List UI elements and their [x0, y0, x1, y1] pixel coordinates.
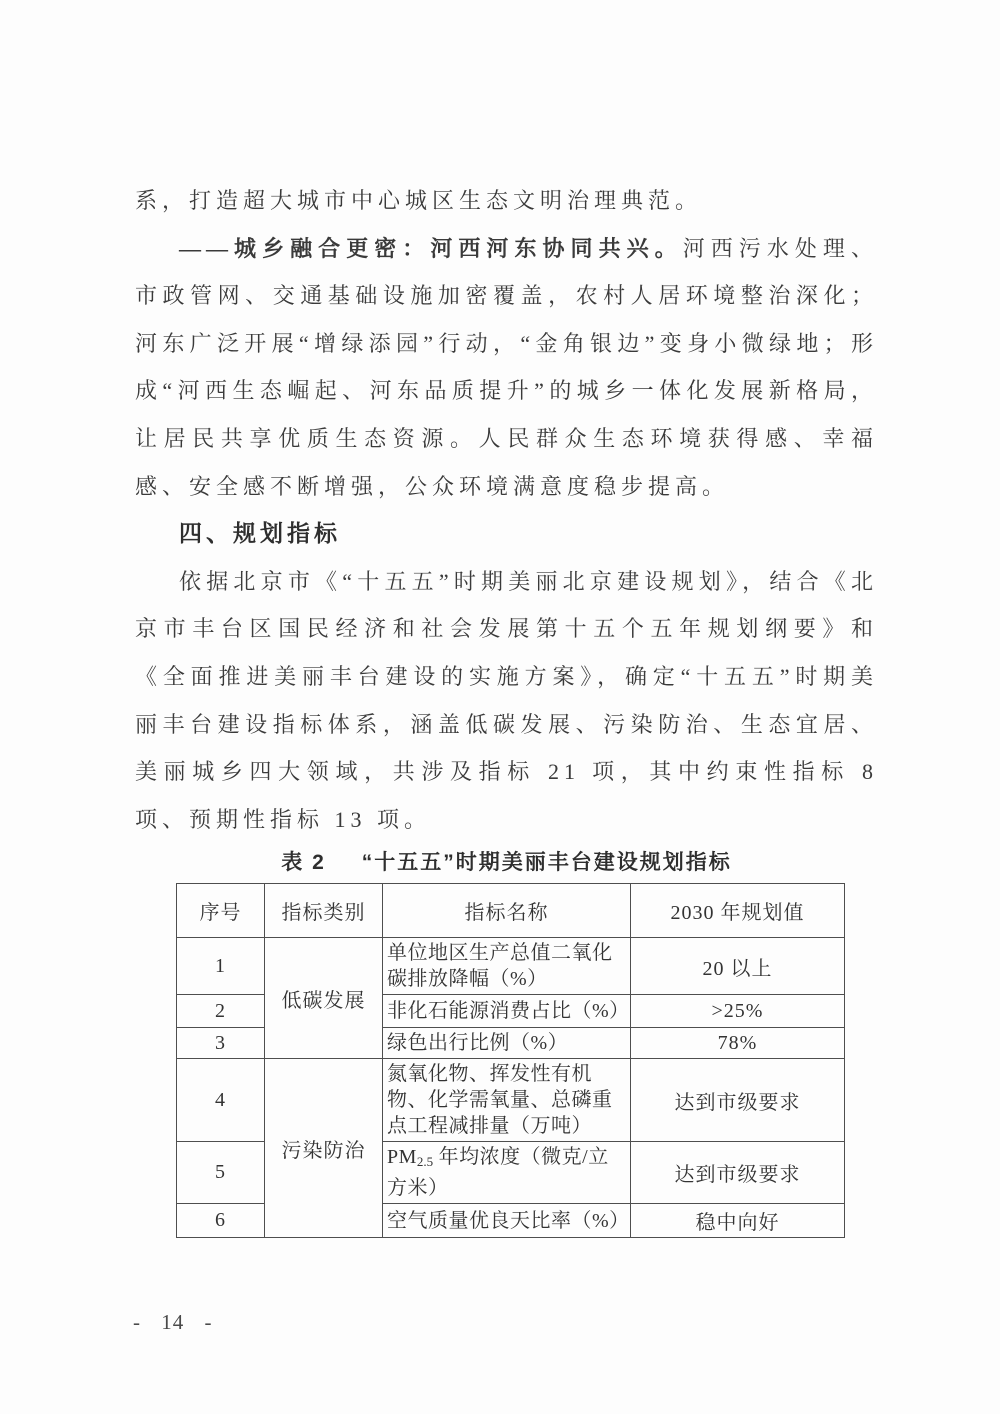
- table-caption-label: 表 2: [281, 851, 326, 874]
- cell-serial: 3: [177, 1028, 265, 1059]
- cell-target-value: 达到市级要求: [631, 1059, 845, 1142]
- table-caption-title: “十五五”时期美丽丰台建设规划指标: [362, 851, 732, 874]
- cell-serial: 1: [177, 938, 265, 995]
- cell-target-value: 78%: [631, 1028, 845, 1059]
- page-number: - 14 -: [133, 1310, 213, 1335]
- cell-indicator-name: 空气质量优良天比率（%）: [383, 1204, 631, 1238]
- cell-category-low-carbon: 低碳发展: [265, 938, 383, 1059]
- cell-serial: 4: [177, 1059, 265, 1142]
- table-header-row: 序号 指标类别 指标名称 2030 年规划值: [177, 884, 845, 938]
- cell-indicator-name: PM2.5 年均浓度（微克/立方米）: [383, 1142, 631, 1204]
- pm-label: PM: [387, 1146, 417, 1168]
- cell-indicator-name: 非化石能源消费占比（%）: [383, 995, 631, 1028]
- cell-indicator-name: 绿色出行比例（%）: [383, 1028, 631, 1059]
- header-serial: 序号: [177, 884, 265, 938]
- pm25-subscript: 2.5: [417, 1154, 433, 1169]
- cell-serial: 6: [177, 1204, 265, 1238]
- header-indicator-name: 指标名称: [383, 884, 631, 938]
- cell-category-pollution: 污染防治: [265, 1059, 383, 1238]
- cell-target-value: 稳中向好: [631, 1204, 845, 1238]
- paragraph-body-text: 河西污水处理、市政管网、交通基础设施加密覆盖，农村人居环境整治深化；河东广泛开展…: [135, 236, 878, 499]
- page-content: 系，打造超大城市中心城区生态文明治理典范。 ——城乡融合更密：河西河东协同共兴。…: [0, 0, 1000, 1238]
- paragraph-urban-rural: ——城乡融合更密：河西河东协同共兴。河西污水处理、市政管网、交通基础设施加密覆盖…: [135, 225, 878, 511]
- cell-target-value: >25%: [631, 995, 845, 1028]
- table-caption: 表 2“十五五”时期美丽丰台建设规划指标: [135, 843, 878, 883]
- cell-indicator-name: 氮氧化物、挥发性有机物、化学需氧量、总磷重点工程减排量（万吨）: [383, 1059, 631, 1142]
- table-row: 4 污染防治 氮氧化物、挥发性有机物、化学需氧量、总磷重点工程减排量（万吨） 达…: [177, 1059, 845, 1142]
- cell-target-value: 20 以上: [631, 938, 845, 995]
- table-row: 1 低碳发展 单位地区生产总值二氧化碳排放降幅（%） 20 以上: [177, 938, 845, 995]
- header-target-value: 2030 年规划值: [631, 884, 845, 938]
- cell-serial: 5: [177, 1142, 265, 1204]
- indicators-table: 序号 指标类别 指标名称 2030 年规划值 1 低碳发展 单位地区生产总值二氧…: [176, 883, 845, 1238]
- cell-serial: 2: [177, 995, 265, 1028]
- document-page: { "body": { "p1": "系，打造超大城市中心城区生态文明治理典范。…: [0, 0, 1000, 1414]
- header-category: 指标类别: [265, 884, 383, 938]
- section-heading: 四、规划指标: [135, 510, 878, 558]
- cell-target-value: 达到市级要求: [631, 1142, 845, 1204]
- paragraph-lead-bold: ——城乡融合更密：河西河东协同共兴。: [179, 236, 683, 261]
- cell-indicator-name: 单位地区生产总值二氧化碳排放降幅（%）: [383, 938, 631, 995]
- paragraph-continuation: 系，打造超大城市中心城区生态文明治理典范。: [135, 177, 878, 225]
- paragraph-planning-indicators: 依据北京市《“十五五”时期美丽北京建设规划》，结合《北京市丰台区国民经济和社会发…: [135, 558, 878, 844]
